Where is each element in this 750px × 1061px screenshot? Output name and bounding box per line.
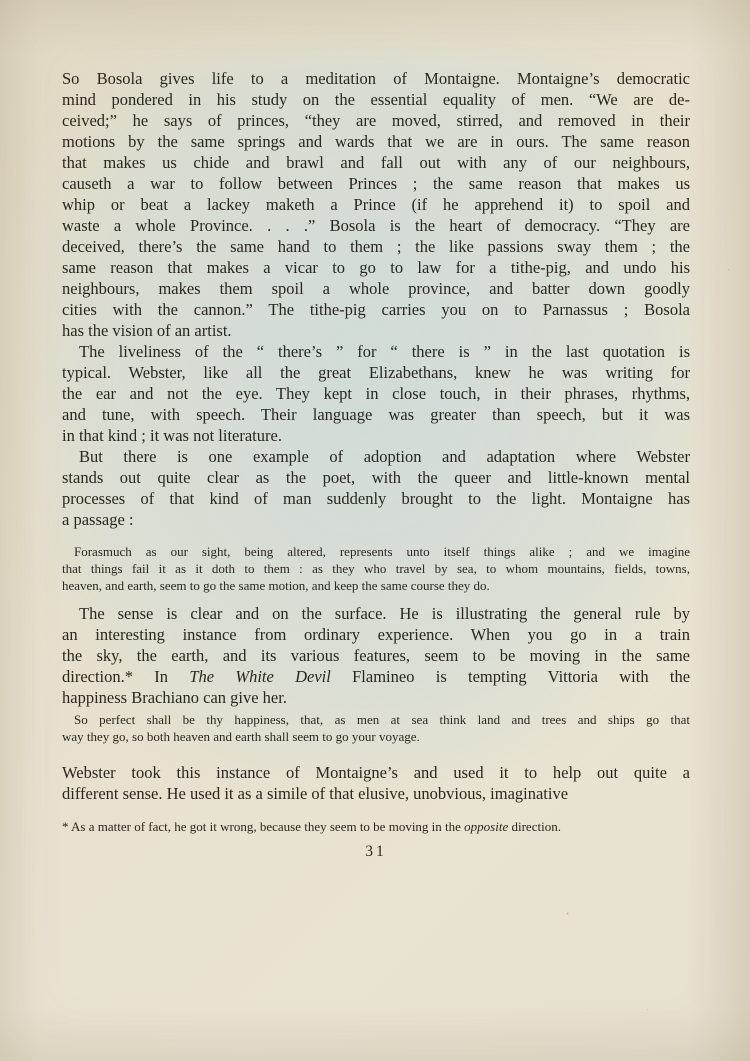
text-line: whip or beat a lackey maketh a Prince (i…: [62, 194, 690, 215]
paragraph: The liveliness of the “ there’s ” for “ …: [62, 341, 690, 446]
text-line: cities with the cannon.” The tithe-pig c…: [62, 299, 690, 320]
text-line: Webster took this instance of Montaigne’…: [62, 762, 690, 783]
paragraph: So Bosola gives life to a meditation of …: [62, 68, 690, 341]
text-line: So Bosola gives life to a meditation of …: [62, 68, 690, 89]
text-line: The liveliness of the “ there’s ” for “ …: [62, 341, 690, 362]
text-line: stands out quite clear as the poet, with…: [62, 467, 690, 488]
text-block: So Bosola gives life to a meditation of …: [62, 68, 690, 861]
paragraph: But there is one example of adoption and…: [62, 446, 690, 530]
text-line: different sense. He used it as a simile …: [62, 783, 690, 804]
text-line: processes of that kind of man suddenly b…: [62, 488, 690, 509]
text-line: typical. Webster, like all the great Eli…: [62, 362, 690, 383]
text-line: way they go, so both heaven and earth sh…: [62, 728, 690, 745]
page-number: 31: [62, 843, 690, 861]
text-line: The sense is clear and on the surface. H…: [62, 603, 690, 624]
text-line: causeth a war to follow between Princes …: [62, 173, 690, 194]
text-line: So perfect shall be thy happiness, that,…: [62, 711, 690, 728]
text-line: ceived;” he says of princes, “they are m…: [62, 110, 690, 131]
text-line: motions by the same springs and wards th…: [62, 131, 690, 152]
text-line: Forasmuch as our sight, being altered, r…: [62, 543, 690, 560]
text-line: happiness Brachiano can give her.: [62, 687, 690, 708]
text-line: But there is one example of adoption and…: [62, 446, 690, 467]
italic-text: opposite: [464, 819, 508, 834]
text-line: deceived, there’s the same hand to them …: [62, 236, 690, 257]
text-line: has the vision of an artist.: [62, 320, 690, 341]
text-line: mind pondered in his study on the essent…: [62, 89, 690, 110]
text-line: the sky, the earth, and its various feat…: [62, 645, 690, 666]
block-quote: Forasmuch as our sight, being altered, r…: [62, 543, 690, 594]
italic-text: The White Devil: [189, 667, 331, 686]
paragraph: The sense is clear and on the surface. H…: [62, 603, 690, 708]
text-line: same reason that makes a vicar to go to …: [62, 257, 690, 278]
footnote: * As a matter of fact, he got it wrong, …: [62, 818, 690, 835]
block-quote: So perfect shall be thy happiness, that,…: [62, 711, 690, 745]
text-line: a passage :: [62, 509, 690, 530]
text-line: and tune, with speech. Their language wa…: [62, 404, 690, 425]
text-line: waste a whole Province. . . .” Bosola is…: [62, 215, 690, 236]
text-line: neighbours, makes them spoil a whole pro…: [62, 278, 690, 299]
text-line: that makes us chide and brawl and fall o…: [62, 152, 690, 173]
text-line: an interesting instance from ordinary ex…: [62, 624, 690, 645]
book-page: So Bosola gives life to a meditation of …: [0, 0, 750, 1061]
text-line: direction.* In The White Devil Flamineo …: [62, 666, 690, 687]
text-line: heaven, and earth, seem to go the same m…: [62, 577, 690, 594]
text-line: in that kind ; it was not literature.: [62, 425, 690, 446]
paragraphs: So Bosola gives life to a meditation of …: [62, 68, 690, 804]
text-line: the ear and not the eye. They kept in cl…: [62, 383, 690, 404]
paragraph: Webster took this instance of Montaigne’…: [62, 762, 690, 804]
text-line: that things fail it as it doth to them :…: [62, 560, 690, 577]
